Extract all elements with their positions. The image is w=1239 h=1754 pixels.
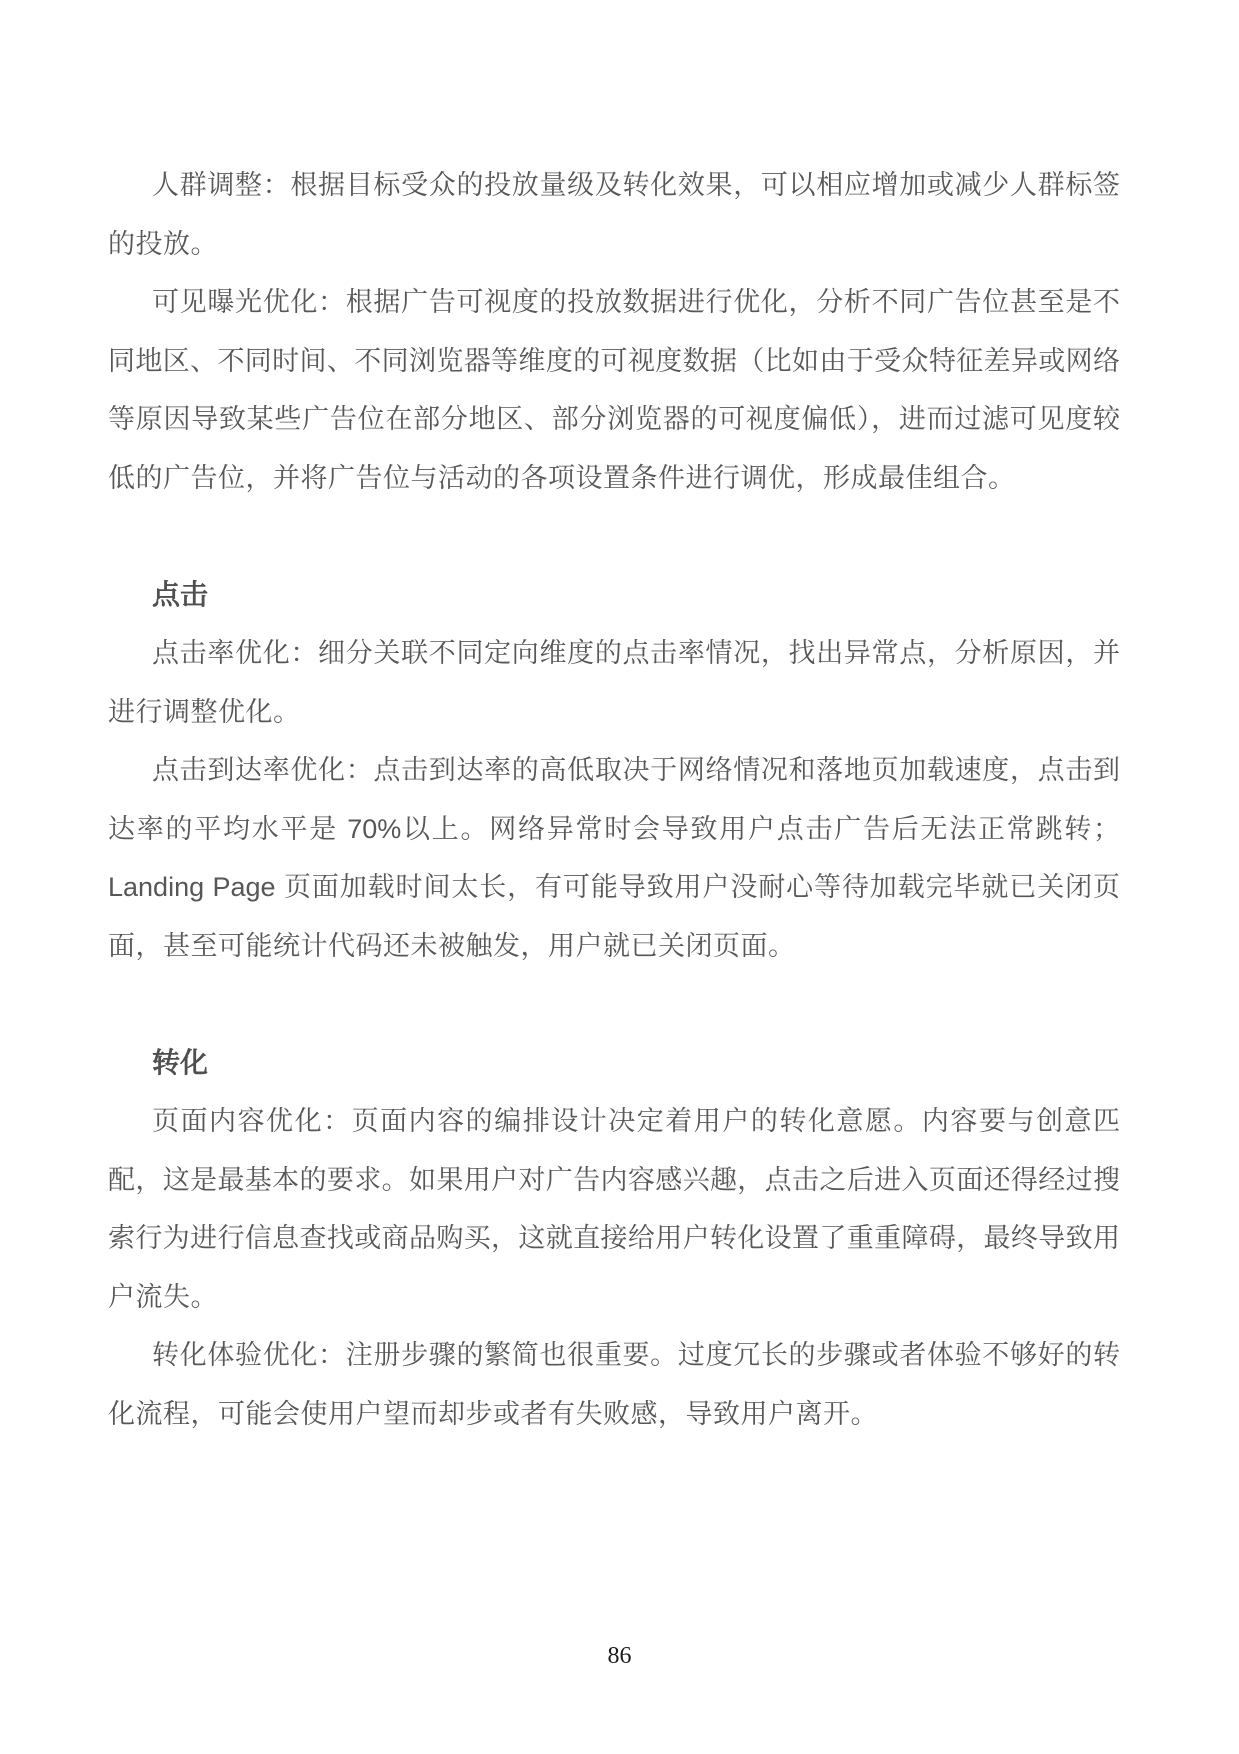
body-line: 可见曝光优化：根据广告可视度的投放数据进行优化，分析不同广告位甚至是不 [108, 273, 1120, 332]
body-line: 低的广告位，并将广告位与活动的各项设置条件进行调优，形成最佳组合。 [108, 449, 1120, 508]
body-line: 点击率优化：细分关联不同定向维度的点击率情况，找出异常点，分析原因，并 [108, 624, 1120, 683]
section-heading-conversion: 转化 [108, 1034, 1120, 1093]
body-line: 户流失。 [108, 1268, 1120, 1327]
body-line: 人群调整：根据目标受众的投放量级及转化效果，可以相应增加或减少人群标签 [108, 156, 1120, 215]
body-line: 页面内容优化：页面内容的编排设计决定着用户的转化意愿。内容要与创意匹 [108, 1092, 1120, 1151]
document-page: 人群调整：根据目标受众的投放量级及转化效果，可以相应增加或减少人群标签 的投放。… [0, 0, 1239, 1754]
page-number: 86 [0, 1643, 1239, 1670]
body-line: 化流程，可能会使用户望而却步或者有失败感，导致用户离开。 [108, 1385, 1120, 1444]
body-line: 进行调整优化。 [108, 683, 1120, 742]
page-content: 人群调整：根据目标受众的投放量级及转化效果，可以相应增加或减少人群标签 的投放。… [108, 156, 1120, 1443]
body-line: 面，甚至可能统计代码还未被触发，用户就已关闭页面。 [108, 917, 1120, 976]
body-line: 索行为进行信息查找或商品购买，这就直接给用户转化设置了重重障碍，最终导致用 [108, 1209, 1120, 1268]
body-line: 配，这是最基本的要求。如果用户对广告内容感兴趣，点击之后进入页面还得经过搜 [108, 1151, 1120, 1210]
section-heading-click: 点击 [108, 566, 1120, 625]
body-line: 的投放。 [108, 215, 1120, 274]
body-line: 点击到达率优化：点击到达率的高低取决于网络情况和落地页加载速度，点击到 [108, 741, 1120, 800]
body-line: 达率的平均水平是 70%以上。网络异常时会导致用户点击广告后无法正常跳转； [108, 800, 1120, 859]
body-line: 转化体验优化：注册步骤的繁简也很重要。过度冗长的步骤或者体验不够好的转 [108, 1326, 1120, 1385]
body-line: 等原因导致某些广告位在部分地区、部分浏览器的可视度偏低），进而过滤可见度较 [108, 390, 1120, 449]
body-line: Landing Page 页面加载时间太长，有可能导致用户没耐心等待加载完毕就已… [108, 858, 1120, 917]
body-line: 同地区、不同时间、不同浏览器等维度的可视度数据（比如由于受众特征差异或网络 [108, 332, 1120, 391]
